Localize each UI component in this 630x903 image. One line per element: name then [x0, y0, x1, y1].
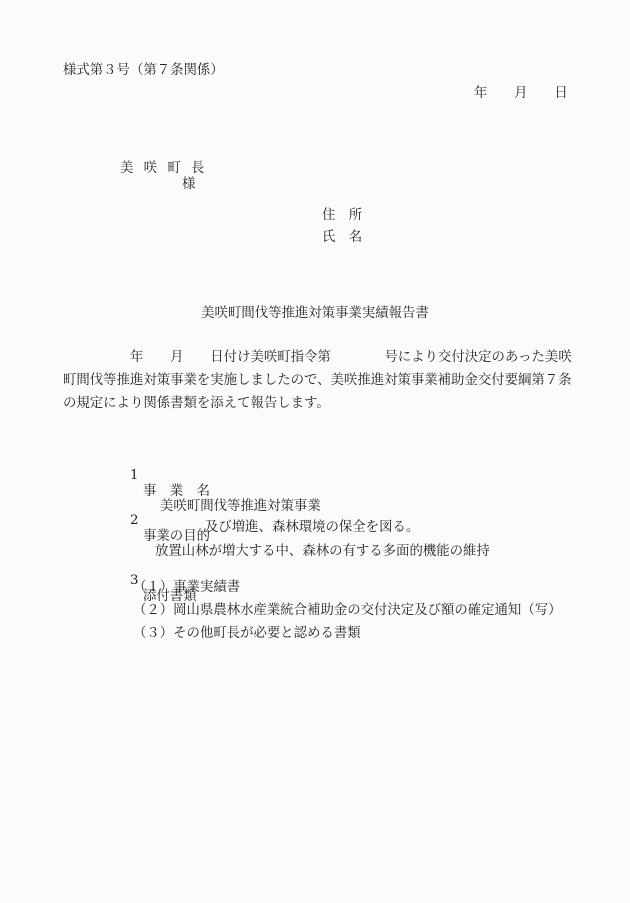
- item-2-label: 事業の目的: [143, 529, 210, 544]
- attachment-1: （１）事業実績書: [133, 580, 240, 595]
- addressee-honorific: 様: [182, 177, 195, 192]
- addressee-name: 美 咲 町 長: [120, 161, 207, 176]
- form-number: 様式第３号（第７条関係）: [63, 63, 224, 78]
- body-paragraph-line-1: 年 月 日付け美咲町指令第 号により交付決定のあった美咲: [63, 350, 572, 365]
- document-page: 様式第３号（第７条関係） 年 月 日 美 咲 町 長 様 住 所 氏 名 美咲町…: [0, 0, 630, 903]
- attachment-2: （２）岡山県農林水産業統合補助金の交付決定及び額の確定通知（写）: [133, 603, 562, 618]
- document-title: 美咲町間伐等推進対策事業実績報告書: [0, 306, 630, 321]
- item-1-number: 1: [130, 468, 139, 483]
- item-2-value-line-1: 放置山林が増大する中、森林の有する多面的機能の維持: [155, 544, 490, 559]
- date-placeholder: 年 月 日: [474, 86, 568, 101]
- item-2-number: 2: [130, 513, 139, 528]
- addressee-line: 美 咲 町 長 様: [103, 146, 207, 208]
- body-paragraph-line-3: の規定により関係書類を添えて報告します。: [63, 396, 330, 411]
- attachment-3: （３）その他町長が必要と認める書類: [133, 626, 361, 641]
- item-1-label: 事 業 名: [143, 484, 210, 499]
- body-paragraph-line-2: 町間伐等推進対策事業を実施しましたので、美咲推進対策事業補助金交付要綱第７条: [63, 373, 572, 388]
- item-2-value-line-2: 及び増進、森林環境の保全を図る。: [205, 520, 419, 535]
- sender-name-label: 氏 名: [322, 230, 362, 245]
- sender-address-label: 住 所: [322, 208, 362, 223]
